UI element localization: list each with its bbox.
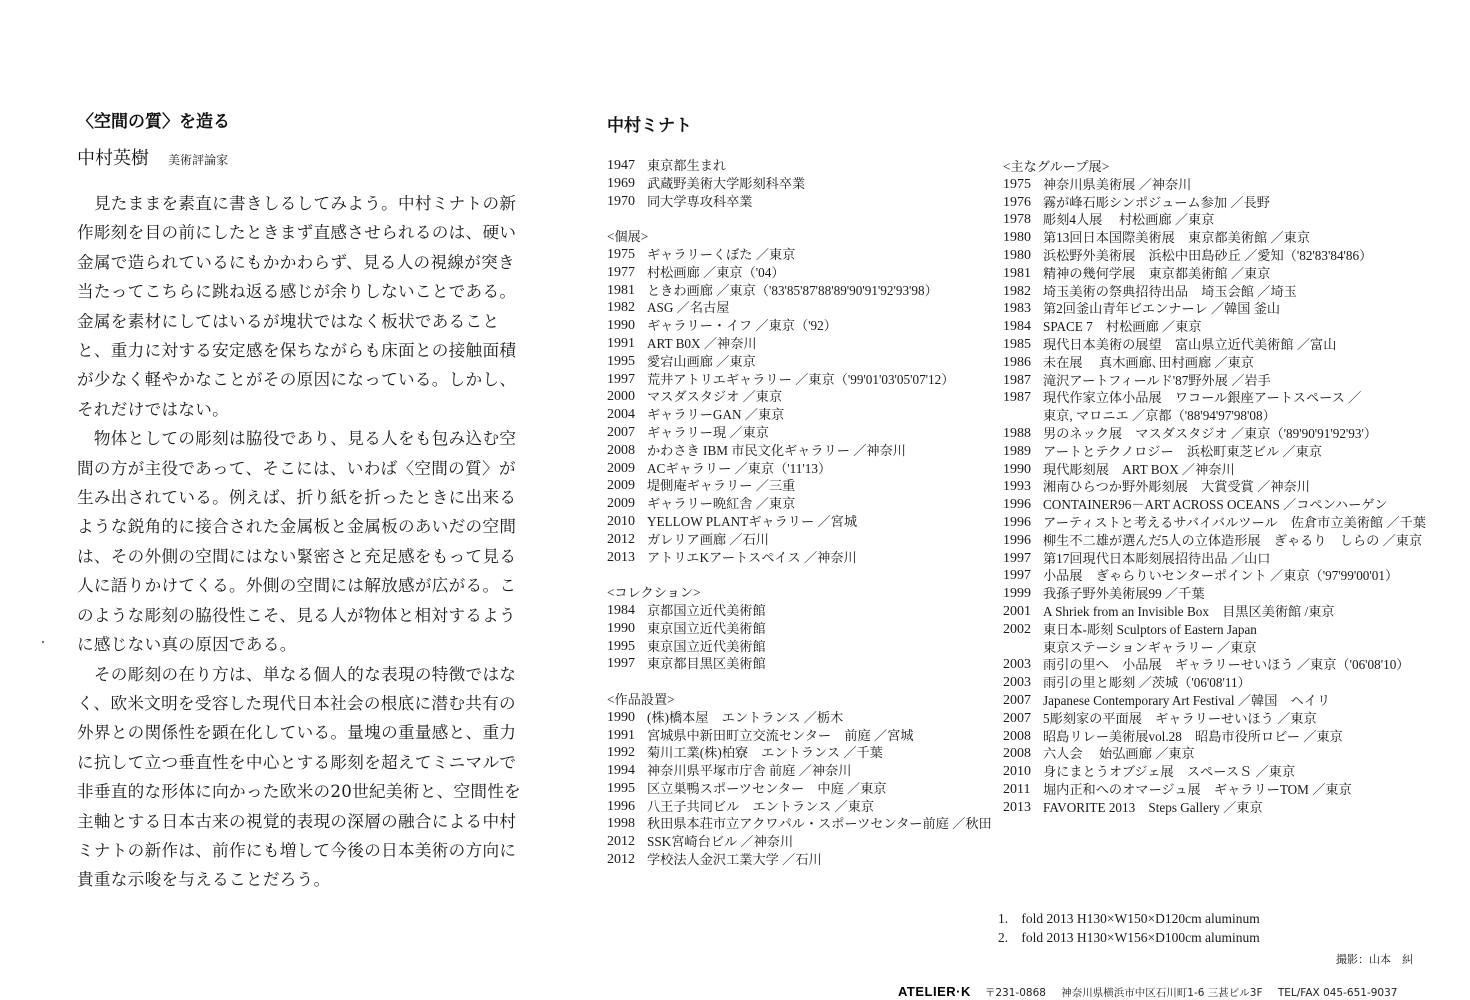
entry-text: 滝沢アートフィールド'87野外展 ／岩手 (1043, 372, 1443, 390)
list-item: 1997荒井アトリエギャラリー ／東京（'99'01'03'05'07'12） (607, 371, 987, 389)
list-item: 1970同大学専攻科卒業 (607, 193, 987, 211)
entry-text: 神奈川県平塚市庁舎 前庭 ／神奈川 (647, 762, 987, 780)
list-item: 2007ギャラリー現 ／東京 (607, 424, 987, 442)
entry-text: Japanese Contemporary Art Festival ／韓国 ヘ… (1043, 692, 1443, 710)
list-item: 1996アーティストと考えるサバイバルツール 佐倉市立美術館 ／千葉 (1003, 514, 1443, 532)
essay-author: 中村英樹 美術評論家 (77, 146, 517, 173)
entry-text: ときわ画廊 ／東京（'83'85'87'88'89'90'91'92'93'98… (647, 282, 987, 300)
year: 1987 (1003, 372, 1043, 390)
list-item: 2013アトリエKアートスペイス ／神奈川 (607, 549, 987, 567)
year: 1970 (607, 193, 647, 211)
essay-body: 見たままを素直に書きしるしてみよう。中村ミナトの新作彫刻を目の前にしたときまず直… (77, 189, 517, 895)
list-item: 1995東京国立近代美術館 (607, 638, 987, 656)
entry-text: 東京, マロニエ ／京都（'88'94'97'98'08） (1043, 407, 1443, 425)
entry-text: 東日本-彫刻 Sculptors of Eastern Japan (1043, 621, 1443, 639)
year: 2003 (1003, 656, 1043, 674)
year: 2001 (1003, 603, 1043, 621)
essay-line: 生み出されている。例えば、折り紙を折ったときに出来る (77, 483, 517, 512)
list-item: 1988男のネック展 マスダスタジオ ／東京（'89'90'91'92'93'） (1003, 425, 1443, 443)
entry-text: 第2回釜山青年ビエンナーレ ／韓国 釜山 (1043, 300, 1443, 318)
list-item: 2011堀内正和へのオマージュ展 ギャラリーTOM ／東京 (1003, 781, 1443, 799)
entry-text: 未在展 真木画廊､田村画廊 ／東京 (1043, 354, 1443, 372)
entry-text: 秋田県本荘市立アクワパル・スポーツセンター前庭 ／秋田 (647, 815, 992, 833)
list-item: 1995区立巣鴨スポーツセンター 中庭 ／東京 (607, 780, 987, 798)
entry-text: 男のネック展 マスダスタジオ ／東京（'89'90'91'92'93'） (1043, 425, 1443, 443)
list-item: 1978彫刻4人展 村松画廊 ／東京 (1003, 211, 1443, 229)
entry-text: 埼玉美術の祭典招待出品 埼玉会館 ／埼玉 (1043, 283, 1443, 301)
entry-text: 東京国立近代美術館 (647, 620, 987, 638)
year: 2008 (607, 442, 647, 460)
year: 1997 (1003, 550, 1043, 568)
list-item: 1986未在展 真木画廊､田村画廊 ／東京 (1003, 354, 1443, 372)
year: 2007 (1003, 710, 1043, 728)
entry-text: ギャラリー晩紅舎 ／東京 (647, 495, 987, 513)
entry-text: 現代日本美術の展望 富山県立近代美術館 ／富山 (1043, 336, 1443, 354)
installation-list: 1990(株)橋本屋 エントランス ／栃木1991宮城県中新田町立交流センター … (607, 709, 987, 869)
footer-address: 〒231-0868 神奈川県横浜市中区石川町1-6 三甚ビル3F TEL/FAX… (985, 985, 1410, 1000)
year: 1977 (607, 264, 647, 282)
entry-text: 雨引の里へ 小品展 ギャラリーせいほう ／東京（'06'08'10） (1043, 656, 1443, 674)
caption-1: 1. fold 2013 H130×W150×D120cm aluminum (998, 909, 1260, 928)
entry-text: ギャラリーGAN ／東京 (647, 406, 987, 424)
entry-text: 宮城県中新田町立交流センター 前庭 ／宮城 (647, 727, 987, 745)
list-item: 20075彫刻家の平面展 ギャラリーせいほう ／東京 (1003, 710, 1443, 728)
collection-list: 1984京都国立近代美術館1990東京国立近代美術館1995東京国立近代美術館1… (607, 602, 987, 673)
entry-text: 武蔵野美術大学彫刻科卒業 (647, 175, 987, 193)
year: 1989 (1003, 443, 1043, 461)
list-item: 1995愛宕山画廊 ／東京 (607, 353, 987, 371)
list-item: 1996八王子共同ビル エントランス ／東京 (607, 798, 987, 816)
list-item: 1992菊川工業(株)柏寮 エントランス ／千葉 (607, 744, 987, 762)
list-item: 2009ギャラリー晩紅舎 ／東京 (607, 495, 987, 513)
essay-line: 外界との関係性を顕在化している。量塊の重量感と、重力 (77, 718, 517, 747)
list-item: 1984SPACE 7 村松画廊 ／東京 (1003, 318, 1443, 336)
author-name: 中村英樹 (77, 148, 149, 169)
year: 2007 (1003, 692, 1043, 710)
postal-code: 〒231-0868 (985, 987, 1046, 999)
artist-name: 中村ミナト (607, 113, 987, 139)
essay-line: ミナトの新作は、前作にも増して今後の日本美術の方向に (77, 836, 517, 865)
entry-text: 第13回日本国際美術展 東京都美術館 ／東京 (1043, 229, 1443, 247)
year: 1995 (607, 353, 647, 371)
entry-text: 東京国立近代美術館 (647, 638, 987, 656)
list-item-continuation: 東京ステーションギャラリー ／東京 (1003, 639, 1443, 657)
scan-speck (42, 641, 44, 643)
list-item: 2012学校法人金沢工業大学 ／石川 (607, 851, 987, 869)
entry-text: ASG ／名古屋 (647, 299, 987, 317)
year: 1978 (1003, 211, 1043, 229)
entry-text: SPACE 7 村松画廊 ／東京 (1043, 318, 1443, 336)
entry-text: (株)橋本屋 エントランス ／栃木 (647, 709, 987, 727)
list-item: 1985現代日本美術の展望 富山県立近代美術館 ／富山 (1003, 336, 1443, 354)
year: 1988 (1003, 425, 1043, 443)
list-item: 1977村松画廊 ／東京（'04） (607, 264, 987, 282)
list-item: 1980浜松野外美術展 浜松中田島砂丘 ／愛知（'82'83'84'86） (1003, 247, 1443, 265)
year: 1980 (1003, 247, 1043, 265)
entry-text: アトリエKアートスペイス ／神奈川 (647, 549, 987, 567)
year: 1996 (1003, 514, 1043, 532)
work-captions: 1. fold 2013 H130×W150×D120cm aluminum 2… (998, 909, 1260, 947)
entry-text: 精神の幾何学展 東京都美術館 ／東京 (1043, 265, 1443, 283)
essay-line: それだけではない。 (77, 395, 517, 424)
essay-line: ような鋭角的に接合された金属板と金属板のあいだの空間 (77, 512, 517, 541)
essay-line: と、重力に対する安定感を保ちながらも床面との接触面積 (77, 336, 517, 365)
essay-title: 〈空間の質〉を造る (77, 108, 517, 136)
essay-line: のような彫刻の脇役性こそ、見る人が物体と相対するよう (77, 601, 517, 630)
entry-text: 5彫刻家の平面展 ギャラリーせいほう ／東京 (1043, 710, 1443, 728)
year: 2008 (1003, 745, 1043, 763)
list-item-continuation: 東京, マロニエ ／京都（'88'94'97'98'08） (1003, 407, 1443, 425)
year: 2012 (607, 531, 647, 549)
entry-text: ギャラリーくぼた ／東京 (647, 246, 987, 264)
year: 1984 (607, 602, 647, 620)
list-item: 1976霧が峰石彫シンポジューム参加 ／長野 (1003, 194, 1443, 212)
list-item: 1981精神の幾何学展 東京都美術館 ／東京 (1003, 265, 1443, 283)
year: 2012 (607, 851, 647, 869)
entry-text: ART B0X ／神奈川 (647, 335, 987, 353)
year: 2003 (1003, 674, 1043, 692)
list-item: 1989アートとテクノロジー 浜松町東芝ビル ／東京 (1003, 443, 1443, 461)
installation-heading: <作品設置> (607, 691, 987, 709)
year: 1980 (1003, 229, 1043, 247)
essay-line: 貴重な示唆を与えることだろう。 (77, 865, 517, 894)
list-item: 2008かわさき IBM 市民文化ギャラリー ／神奈川 (607, 442, 987, 460)
entry-text: 同大学専攻科卒業 (647, 193, 987, 211)
list-item: 1990(株)橋本屋 エントランス ／栃木 (607, 709, 987, 727)
entry-text: 彫刻4人展 村松画廊 ／東京 (1043, 211, 1443, 229)
entry-text: 昭島リレー美術展vol.28 昭島市役所ロビー ／東京 (1043, 728, 1443, 746)
list-item: 2002東日本-彫刻 Sculptors of Eastern Japan (1003, 621, 1443, 639)
entry-text: かわさき IBM 市民文化ギャラリー ／神奈川 (647, 442, 987, 460)
entry-text: 現代作家立体小品展 ワコール銀座アートスペース ／ (1043, 389, 1443, 407)
entry-text: ギャラリー・イフ ／東京（'92） (647, 317, 987, 335)
list-item: 1996柳生不二雄が選んだ5人の立体造形展 ぎゃるり しらの ／東京 (1003, 532, 1443, 550)
year: 1987 (1003, 389, 1043, 407)
entry-text: CONTAINER96－ART ACROSS OCEANS ／コペンハーゲン (1043, 496, 1443, 514)
year: 2011 (1003, 781, 1043, 799)
list-item: 1993湘南ひらつか野外彫刻展 大賞受賞 ／神奈川 (1003, 478, 1443, 496)
year: 1992 (607, 744, 647, 762)
entry-text: 村松画廊 ／東京（'04） (647, 264, 987, 282)
entry-text: ACギャラリー ／東京（'11'13） (647, 460, 987, 478)
entry-text: 身にまとうオブジェ展 スペースＳ ／東京 (1043, 763, 1443, 781)
list-item: 2001A Shriek from an Invisible Box 目黒区美術… (1003, 603, 1443, 621)
entry-text: 小品展 ぎゃらりいセンターポイント ／東京（'97'99'00'01） (1043, 567, 1443, 585)
year: 1976 (1003, 194, 1043, 212)
list-item: 2000マスダスタジオ ／東京 (607, 388, 987, 406)
year: 2009 (607, 460, 647, 478)
list-item: 1997第17回現代日本彫刻展招待出品 ／山口 (1003, 550, 1443, 568)
entry-text: YELLOW PLANTギャラリー ／宮城 (647, 513, 987, 531)
essay-line: 当たってこちらに跳ね返る感じが余りしないことである。 (77, 277, 517, 306)
list-item: 1999我孫子野外美術展99 ／千葉 (1003, 585, 1443, 603)
tel-fax: TEL/FAX 045-651-9037 (1278, 987, 1398, 999)
list-item: 2003雨引の里へ 小品展 ギャラリーせいほう ／東京（'06'08'10） (1003, 656, 1443, 674)
entry-text: アーティストと考えるサバイバルツール 佐倉市立美術館 ／千葉 (1043, 514, 1443, 532)
entry-text: 愛宕山画廊 ／東京 (647, 353, 987, 371)
year: 1991 (607, 335, 647, 353)
footer: ATELIER·K 〒231-0868 神奈川県横浜市中区石川町1-6 三甚ビル… (898, 984, 1409, 1000)
entry-text: 荒井アトリエギャラリー ／東京（'99'01'03'05'07'12） (647, 371, 987, 389)
list-item: 2009ACギャラリー ／東京（'11'13） (607, 460, 987, 478)
year: 1981 (607, 282, 647, 300)
list-item: 1975神奈川県美術展 ／神奈川 (1003, 176, 1443, 194)
list-item: 1998秋田県本荘市立アクワパル・スポーツセンター前庭 ／秋田 (607, 815, 987, 833)
list-item: 2013FAVORITE 2013 Steps Gallery ／東京 (1003, 799, 1443, 817)
year: 1983 (1003, 300, 1043, 318)
year: 2009 (607, 477, 647, 495)
essay-line: 金属を素材にしてはいるが塊状ではなく板状であること (77, 307, 517, 336)
collection-heading: <コレクション> (607, 584, 987, 602)
list-item: 2010身にまとうオブジェ展 スペースＳ ／東京 (1003, 763, 1443, 781)
year: 1984 (1003, 318, 1043, 336)
entry-text: SSK宮崎台ビル ／神奈川 (647, 833, 987, 851)
list-item: 1987滝沢アートフィールド'87野外展 ／岩手 (1003, 372, 1443, 390)
year: 1975 (607, 246, 647, 264)
list-item: 1994神奈川県平塚市庁舎 前庭 ／神奈川 (607, 762, 987, 780)
year: 1990 (607, 620, 647, 638)
essay-line: に抗して立つ垂直性を中心とする彫刻を超えてミニマルで (77, 748, 517, 777)
list-item: 1984京都国立近代美術館 (607, 602, 987, 620)
list-item: 1981ときわ画廊 ／東京（'83'85'87'88'89'90'91'92'9… (607, 282, 987, 300)
year: 1986 (1003, 354, 1043, 372)
year: 2004 (607, 406, 647, 424)
entry-text: A Shriek from an Invisible Box 目黒区美術館 /東… (1043, 603, 1443, 621)
essay-line: 見たままを素直に書きしるしてみよう。中村ミナトの新 (77, 189, 517, 218)
year: 1982 (1003, 283, 1043, 301)
year: 1997 (607, 655, 647, 673)
year: 1996 (1003, 532, 1043, 550)
list-item: 2008昭島リレー美術展vol.28 昭島市役所ロビー ／東京 (1003, 728, 1443, 746)
entry-text: FAVORITE 2013 Steps Gallery ／東京 (1043, 799, 1443, 817)
entry-text: 第17回現代日本彫刻展招待出品 ／山口 (1043, 550, 1443, 568)
entry-text: 八王子共同ビル エントランス ／東京 (647, 798, 987, 816)
year: 1997 (607, 371, 647, 389)
essay-line: に感じない真の原因である。 (77, 630, 517, 659)
year: 2013 (1003, 799, 1043, 817)
list-item: 2009堤側庵ギャラリー ／三重 (607, 477, 987, 495)
street-address: 神奈川県横浜市中区石川町1-6 三甚ビル3F (1061, 987, 1262, 999)
entry-text: 京都国立近代美術館 (647, 602, 987, 620)
essay-line: が少なく軽やかなことがその原因になっている。しかし、 (77, 365, 517, 394)
year: 2010 (607, 513, 647, 531)
year: 2002 (1003, 621, 1043, 639)
list-item: 1969武蔵野美術大学彫刻科卒業 (607, 175, 987, 193)
caption-2: 2. fold 2013 H130×W156×D100cm aluminum (998, 928, 1260, 947)
year: 1990 (607, 317, 647, 335)
year: 1996 (607, 798, 647, 816)
list-item: 1997小品展 ぎゃらりいセンターポイント ／東京（'97'99'00'01） (1003, 567, 1443, 585)
year: 2008 (1003, 728, 1043, 746)
entry-text: アートとテクノロジー 浜松町東芝ビル ／東京 (1043, 443, 1443, 461)
basic-list: 1947東京都生まれ1969武蔵野美術大学彫刻科卒業1970同大学専攻科卒業 (607, 157, 987, 210)
entry-text: 現代彫刻展 ART BOX ／神奈川 (1043, 461, 1443, 479)
year: 1993 (1003, 478, 1043, 496)
year: 1995 (607, 780, 647, 798)
entry-text: 雨引の里と彫刻 ／茨城（'06'08'11） (1043, 674, 1443, 692)
year: 2007 (607, 424, 647, 442)
year: 1975 (1003, 176, 1043, 194)
essay-line: 非垂直的な形体に向かった欧米の20世紀美術と、空間性を (77, 777, 517, 806)
list-item: 2010YELLOW PLANTギャラリー ／宮城 (607, 513, 987, 531)
year: 2000 (607, 388, 647, 406)
year: 2009 (607, 495, 647, 513)
year: 1998 (607, 815, 647, 833)
list-item: 2012SSK宮崎台ビル ／神奈川 (607, 833, 987, 851)
entry-text: 東京都生まれ (647, 157, 987, 175)
year: 1969 (607, 175, 647, 193)
essay-line: その彫刻の在り方は、単なる個人的な表現の特徴ではな (77, 660, 517, 689)
year: 1985 (1003, 336, 1043, 354)
entry-text: 六人会 始弘画廊 ／東京 (1043, 745, 1443, 763)
list-item: 1990東京国立近代美術館 (607, 620, 987, 638)
atelier-k-logo: ATELIER·K (898, 984, 971, 999)
group-exhibition-column: <主なグループ展> 1975神奈川県美術展 ／神奈川1976霧が峰石彫シンポジュ… (1003, 158, 1443, 816)
group-exhibition-list: 1975神奈川県美術展 ／神奈川1976霧が峰石彫シンポジューム参加 ／長野19… (1003, 176, 1443, 817)
entry-text: 堤側庵ギャラリー ／三重 (647, 477, 987, 495)
entry-text: 我孫子野外美術展99 ／千葉 (1043, 585, 1443, 603)
solo-heading: <個展> (607, 228, 987, 246)
entry-text: ガレリア画廊 ／石川 (647, 531, 987, 549)
essay-line: 主軸とする日本古来の視覚的表現の深層の融合による中村 (77, 807, 517, 836)
year: 1997 (1003, 567, 1043, 585)
essay-column: 〈空間の質〉を造る 中村英樹 美術評論家 見たままを素直に書きしるしてみよう。中… (77, 108, 517, 895)
list-item: 1987現代作家立体小品展 ワコール銀座アートスペース ／ (1003, 389, 1443, 407)
list-item: 1991宮城県中新田町立交流センター 前庭 ／宮城 (607, 727, 987, 745)
list-item: 1980第13回日本国際美術展 東京都美術館 ／東京 (1003, 229, 1443, 247)
year: 1991 (607, 727, 647, 745)
essay-line: は、その外側の空間にはない緊密さと充足感をもって見る (77, 542, 517, 571)
list-item: 2012ガレリア画廊 ／石川 (607, 531, 987, 549)
essay-line: 作彫刻を目の前にしたときまず直感させられるのは、硬い (77, 218, 517, 247)
list-item: 1997東京都目黒区美術館 (607, 655, 987, 673)
list-item: 2004ギャラリーGAN ／東京 (607, 406, 987, 424)
entry-text: 神奈川県美術展 ／神奈川 (1043, 176, 1443, 194)
year: 2010 (1003, 763, 1043, 781)
list-item: 1990ギャラリー・イフ ／東京（'92） (607, 317, 987, 335)
entry-text: 霧が峰石彫シンポジューム参加 ／長野 (1043, 194, 1443, 212)
entry-text: 東京都目黒区美術館 (647, 655, 987, 673)
essay-line: 間の方が主役であって、そこには、いわば〈空間の質〉が (77, 454, 517, 483)
list-item: 1990現代彫刻展 ART BOX ／神奈川 (1003, 461, 1443, 479)
entry-text: マスダスタジオ ／東京 (647, 388, 987, 406)
year: 1990 (1003, 461, 1043, 479)
biography-column: 中村ミナト 1947東京都生まれ1969武蔵野美術大学彫刻科卒業1970同大学専… (607, 113, 987, 869)
list-item: 1983第2回釜山青年ビエンナーレ ／韓国 釜山 (1003, 300, 1443, 318)
entry-text: 湘南ひらつか野外彫刻展 大賞受賞 ／神奈川 (1043, 478, 1443, 496)
entry-text: 浜松野外美術展 浜松中田島砂丘 ／愛知（'82'83'84'86） (1043, 247, 1443, 265)
entry-text: 区立巣鴨スポーツセンター 中庭 ／東京 (647, 780, 987, 798)
list-item: 2008六人会 始弘画廊 ／東京 (1003, 745, 1443, 763)
year: 1994 (607, 762, 647, 780)
year: 1981 (1003, 265, 1043, 283)
year: 1996 (1003, 496, 1043, 514)
list-item: 2007Japanese Contemporary Art Festival ／… (1003, 692, 1443, 710)
year: 2013 (607, 549, 647, 567)
year: 1999 (1003, 585, 1043, 603)
year: 1990 (607, 709, 647, 727)
entry-text: ギャラリー現 ／東京 (647, 424, 987, 442)
year: 1947 (607, 157, 647, 175)
entry-text: 学校法人金沢工業大学 ／石川 (647, 851, 987, 869)
essay-line: 金属で造られているにもかかわらず、見る人の視線が突き (77, 248, 517, 277)
entry-text: 菊川工業(株)柏寮 エントランス ／千葉 (647, 744, 987, 762)
list-item: 1996CONTAINER96－ART ACROSS OCEANS ／コペンハー… (1003, 496, 1443, 514)
list-item: 2003雨引の里と彫刻 ／茨城（'06'08'11） (1003, 674, 1443, 692)
year: 1982 (607, 299, 647, 317)
year: 1995 (607, 638, 647, 656)
list-item: 1975ギャラリーくぼた ／東京 (607, 246, 987, 264)
essay-line: 物体としての彫刻は脇役であり、見る人をも包み込む空 (77, 424, 517, 453)
list-item: 1947東京都生まれ (607, 157, 987, 175)
year: 2012 (607, 833, 647, 851)
entry-text: 堀内正和へのオマージュ展 ギャラリーTOM ／東京 (1043, 781, 1443, 799)
solo-exhibition-list: 1975ギャラリーくぼた ／東京1977村松画廊 ／東京（'04）1981ときわ… (607, 246, 987, 566)
entry-text: 東京ステーションギャラリー ／東京 (1043, 639, 1443, 657)
essay-line: 人に語りかけてくる。外側の空間には解放感が広がる。こ (77, 571, 517, 600)
photo-credit: 撮影：山本 糾 (1336, 951, 1413, 967)
list-item: 1982埼玉美術の祭典招待出品 埼玉会館 ／埼玉 (1003, 283, 1443, 301)
list-item: 1982ASG ／名古屋 (607, 299, 987, 317)
group-heading: <主なグループ展> (1003, 158, 1443, 176)
author-role: 美術評論家 (168, 153, 228, 167)
essay-line: く、欧米文明を受容した現代日本社会の根底に潜む共有の (77, 689, 517, 718)
list-item: 1991ART B0X ／神奈川 (607, 335, 987, 353)
entry-text: 柳生不二雄が選んだ5人の立体造形展 ぎゃるり しらの ／東京 (1043, 532, 1443, 550)
